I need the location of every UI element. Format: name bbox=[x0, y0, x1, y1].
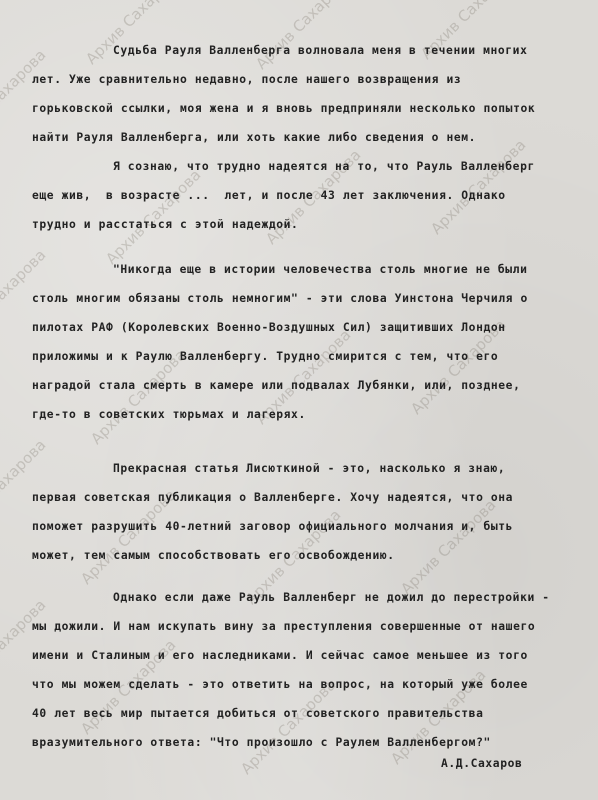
text-line: пилотах РАФ (Королевских Военно-Воздушны… bbox=[32, 321, 506, 335]
text-line: поможет разрушить 40-летний заговор офиц… bbox=[32, 520, 513, 534]
text-line: лет. Уже сравнительно недавно, после наш… bbox=[32, 73, 461, 87]
text-line: приложимы и к Раулю Валленбергу. Трудно … bbox=[32, 350, 498, 364]
signature: А.Д.Сахаров bbox=[441, 757, 522, 770]
text-line: "Никогда еще в истории человечества стол… bbox=[113, 263, 527, 277]
watermark-text: Архив Сахарова bbox=[427, 136, 529, 238]
watermark-text: Архив Сахарова bbox=[252, 0, 354, 73]
text-line: что мы можем сделать - это ответить на в… bbox=[32, 678, 528, 692]
text-line: найти Рауля Валленберга, или хоть какие … bbox=[32, 131, 476, 145]
text-line: первая советская публикация о Валленберг… bbox=[32, 491, 513, 505]
watermark-text: Архив Сахарова bbox=[102, 166, 204, 268]
text-line: может, тем самым способствовать его осво… bbox=[32, 549, 395, 563]
text-line: 40 лет весь мир пытается добиться от сов… bbox=[32, 707, 483, 721]
text-line: Я сознаю, что трудно надеятся на то, что… bbox=[113, 160, 535, 174]
document-page: Архив СахароваАрхив СахароваАрхив Сахаро… bbox=[0, 0, 598, 800]
text-line: еще жив, в возрасте ... лет, и после 43 … bbox=[32, 189, 506, 203]
text-line: столь многим обязаны столь немногим" - э… bbox=[32, 292, 528, 306]
text-line: мы дожили. И нам искупать вину за престу… bbox=[32, 620, 535, 634]
text-line: вразумительного ответа: "Что произошло с… bbox=[32, 736, 491, 750]
text-line: Прекрасная статья Лисюткиной - это, наск… bbox=[113, 462, 505, 476]
watermark-text: Архив Сахарова bbox=[397, 496, 499, 598]
text-line: горьковской ссылки, моя жена и я вновь п… bbox=[32, 102, 535, 116]
text-line: Однако если даже Рауль Валленберг не дож… bbox=[113, 591, 550, 605]
text-line: где-то в советских тюрьмах и лагерях. bbox=[32, 408, 306, 422]
text-line: имени и Сталиным и его наследниками. И с… bbox=[32, 649, 528, 663]
text-line: трудно и расстаться с этой надеждой. bbox=[32, 218, 298, 232]
text-line: Судьба Рауля Валленберга волновала меня … bbox=[113, 44, 527, 58]
text-line: наградой стала смерть в камере или подва… bbox=[32, 379, 521, 393]
